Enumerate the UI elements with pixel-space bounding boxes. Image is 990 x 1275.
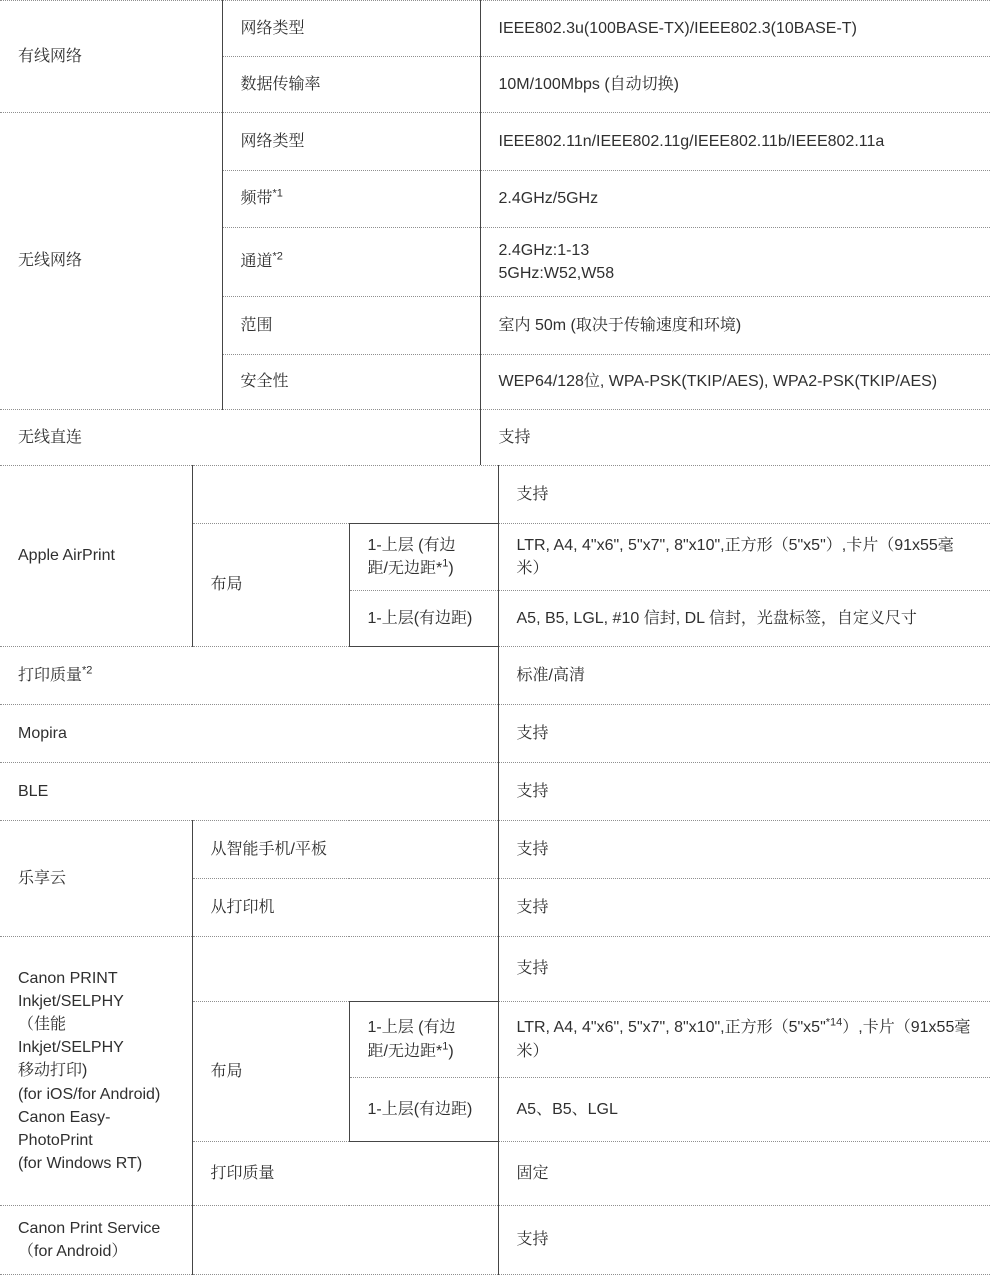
value-text: 室内 50m (取决于传输速度和环境): [499, 317, 742, 334]
wireless-direct-value: 支持: [480, 410, 990, 466]
canon-print-layout-bordered-value: A5、B5、LGL: [498, 1078, 990, 1142]
value-text: 10M/100Mbps (自动切换): [499, 76, 680, 93]
wireless-network-type-key: 网络类型: [222, 113, 480, 171]
wireless-security-value: WEP64/128位, WPA-PSK(TKIP/AES), WPA2-PSK(…: [480, 355, 990, 410]
group-label-text: 有线网络: [18, 48, 82, 65]
group-label-text: Canon PRINT Inkjet/SELPHY （佳能 Inkjet/SEL…: [18, 970, 160, 1173]
canon-print-layout-label: 布局: [192, 1002, 349, 1142]
ble-value: 支持: [498, 763, 990, 821]
group-label-text: Mopira: [18, 725, 67, 742]
value-text: 支持: [517, 783, 549, 800]
wireless-band-key: 频带*1: [222, 171, 480, 228]
wireless-network-group-label: 无线网络: [0, 113, 222, 410]
sub-param-text: ): [448, 560, 453, 577]
group-label-text: 无线直连: [18, 429, 82, 446]
wireless-direct-label: 无线直连: [0, 410, 480, 466]
mopira-label: Mopira: [0, 705, 498, 763]
table-row: Canon PRINT Inkjet/SELPHY （佳能 Inkjet/SEL…: [0, 937, 990, 1002]
footnote-marker: *2: [82, 665, 92, 677]
value-text: 支持: [517, 486, 549, 503]
airprint-layout-borderless-value: LTR, A4, 4"x6", 5"x7", 8"x10",正方形（5"x5"）…: [498, 524, 990, 591]
canon-print-service-label: Canon Print Service （for Android）: [0, 1206, 192, 1275]
value-text: 2.4GHz/5GHz: [499, 190, 599, 207]
param-label-text: 频带: [241, 190, 273, 207]
mobile-print-spec-table: Apple AirPrint 支持 布局 1-上层 (有边 距/无边距*1) L…: [0, 465, 990, 1275]
canon-print-group-label: Canon PRINT Inkjet/SELPHY （佳能 Inkjet/SEL…: [0, 937, 192, 1206]
mopira-value: 支持: [498, 705, 990, 763]
value-text: WEP64/128位, WPA-PSK(TKIP/AES), WPA2-PSK(…: [499, 373, 938, 390]
table-row: 乐享云 从智能手机/平板 支持: [0, 821, 990, 879]
table-row: BLE 支持: [0, 763, 990, 821]
canon-print-layout-bordered-key: 1-上层(有边距): [349, 1078, 498, 1142]
canon-print-service-spacer-cell: [192, 1206, 498, 1275]
value-text: 支持: [517, 899, 549, 916]
table-row: Mopira 支持: [0, 705, 990, 763]
cloud-from-printer-value: 支持: [498, 879, 990, 937]
group-label-text: BLE: [18, 783, 48, 800]
param-label-text: 网络类型: [241, 133, 305, 150]
param-label-text: 安全性: [241, 373, 289, 390]
value-text: 支持: [517, 1231, 549, 1248]
value-text: LTR, A4, 4"x6", 5"x7", 8"x10",正方形（5"x5": [517, 1019, 826, 1036]
airprint-group-label: Apple AirPrint: [0, 466, 192, 647]
value-text: 支持: [517, 841, 549, 858]
cloud-group-label: 乐享云: [0, 821, 192, 937]
canon-print-service-value: 支持: [498, 1206, 990, 1275]
wireless-range-key: 范围: [222, 297, 480, 355]
wired-network-type-key: 网络类型: [222, 1, 480, 57]
param-label-text: 范围: [241, 317, 273, 334]
print-quality-value: 标准/高清: [498, 647, 990, 705]
wired-data-rate-key: 数据传输率: [222, 57, 480, 113]
value-text: 支持: [517, 960, 549, 977]
wireless-band-value: 2.4GHz/5GHz: [480, 171, 990, 228]
wired-network-group-label: 有线网络: [0, 1, 222, 113]
footnote-marker: *14: [826, 1017, 843, 1029]
sub-param-text: 1-上层(有边距): [368, 610, 473, 627]
value-text: IEEE802.3u(100BASE-TX)/IEEE802.3(10BASE-…: [499, 20, 857, 37]
canon-print-support-value: 支持: [498, 937, 990, 1002]
wireless-network-type-value: IEEE802.11n/IEEE802.11g/IEEE802.11b/IEEE…: [480, 113, 990, 171]
value-text: 2.4GHz:1-13 5GHz:W52,W58: [499, 242, 615, 282]
airprint-layout-label: 布局: [192, 524, 349, 647]
value-text: 支持: [499, 429, 531, 446]
wireless-channel-value: 2.4GHz:1-13 5GHz:W52,W58: [480, 228, 990, 297]
spec-sheet-page: 有线网络 网络类型 IEEE802.3u(100BASE-TX)/IEEE802…: [0, 0, 990, 1275]
param-label-text: 从打印机: [211, 899, 275, 916]
table-row: Canon Print Service （for Android） 支持: [0, 1206, 990, 1275]
param-label-text: 打印质量: [211, 1165, 275, 1182]
wireless-security-key: 安全性: [222, 355, 480, 410]
cloud-from-phone-value: 支持: [498, 821, 990, 879]
ble-label: BLE: [0, 763, 498, 821]
wired-data-rate-value: 10M/100Mbps (自动切换): [480, 57, 990, 113]
footnote-marker: *1: [273, 188, 283, 200]
sub-param-text: 1-上层(有边距): [368, 1101, 473, 1118]
group-label-text: 打印质量: [18, 667, 82, 684]
group-label-text: Apple AirPrint: [18, 547, 115, 564]
canon-print-layout-borderless-key: 1-上层 (有边 距/无边距*1): [349, 1002, 498, 1078]
table-row: 打印质量*2 标准/高清: [0, 647, 990, 705]
param-label-text: 通道: [241, 253, 273, 270]
value-text: 标准/高清: [517, 667, 585, 684]
param-label-text: 布局: [211, 576, 243, 593]
wired-network-type-value: IEEE802.3u(100BASE-TX)/IEEE802.3(10BASE-…: [480, 1, 990, 57]
footnote-marker: *2: [273, 251, 283, 263]
wireless-range-value: 室内 50m (取决于传输速度和环境): [480, 297, 990, 355]
group-label-text: Canon Print Service （for Android）: [18, 1220, 160, 1260]
table-row: 无线网络 网络类型 IEEE802.11n/IEEE802.11g/IEEE80…: [0, 113, 990, 171]
wireless-channel-key: 通道*2: [222, 228, 480, 297]
cloud-from-phone-key: 从智能手机/平板: [192, 821, 498, 879]
param-label-text: 从智能手机/平板: [211, 841, 327, 858]
group-label-text: 乐享云: [18, 870, 66, 887]
value-text: A5、B5、LGL: [517, 1101, 618, 1118]
value-text: 支持: [517, 725, 549, 742]
airprint-layout-borderless-key: 1-上层 (有边 距/无边距*1): [349, 524, 498, 591]
table-row: Apple AirPrint 支持: [0, 466, 990, 524]
airprint-support-spacer-cell: [192, 466, 498, 524]
param-label-text: 数据传输率: [241, 76, 321, 93]
print-quality-label: 打印质量*2: [0, 647, 498, 705]
value-text: LTR, A4, 4"x6", 5"x7", 8"x10",正方形（5"x5"）…: [517, 537, 954, 577]
value-text: IEEE802.11n/IEEE802.11g/IEEE802.11b/IEEE…: [499, 133, 885, 150]
cloud-from-printer-key: 从打印机: [192, 879, 498, 937]
canon-print-support-spacer-cell: [192, 937, 498, 1002]
airprint-layout-bordered-key: 1-上层(有边距): [349, 591, 498, 647]
param-label-text: 布局: [211, 1063, 243, 1080]
canon-print-quality-value: 固定: [498, 1142, 990, 1206]
sub-param-text: ): [448, 1043, 453, 1060]
airprint-support-value: 支持: [498, 466, 990, 524]
value-text: A5, B5, LGL, #10 信封, DL 信封，光盘标签，自定义尺寸: [517, 610, 917, 627]
canon-print-quality-key: 打印质量: [192, 1142, 498, 1206]
table-row: 无线直连 支持: [0, 410, 990, 466]
group-label-text: 无线网络: [18, 252, 82, 269]
value-text: 固定: [517, 1165, 549, 1182]
table-row: 有线网络 网络类型 IEEE802.3u(100BASE-TX)/IEEE802…: [0, 1, 990, 57]
network-spec-table: 有线网络 网络类型 IEEE802.3u(100BASE-TX)/IEEE802…: [0, 0, 990, 465]
airprint-layout-bordered-value: A5, B5, LGL, #10 信封, DL 信封，光盘标签，自定义尺寸: [498, 591, 990, 647]
canon-print-layout-borderless-value: LTR, A4, 4"x6", 5"x7", 8"x10",正方形（5"x5"*…: [498, 1002, 990, 1078]
param-label-text: 网络类型: [241, 20, 305, 37]
